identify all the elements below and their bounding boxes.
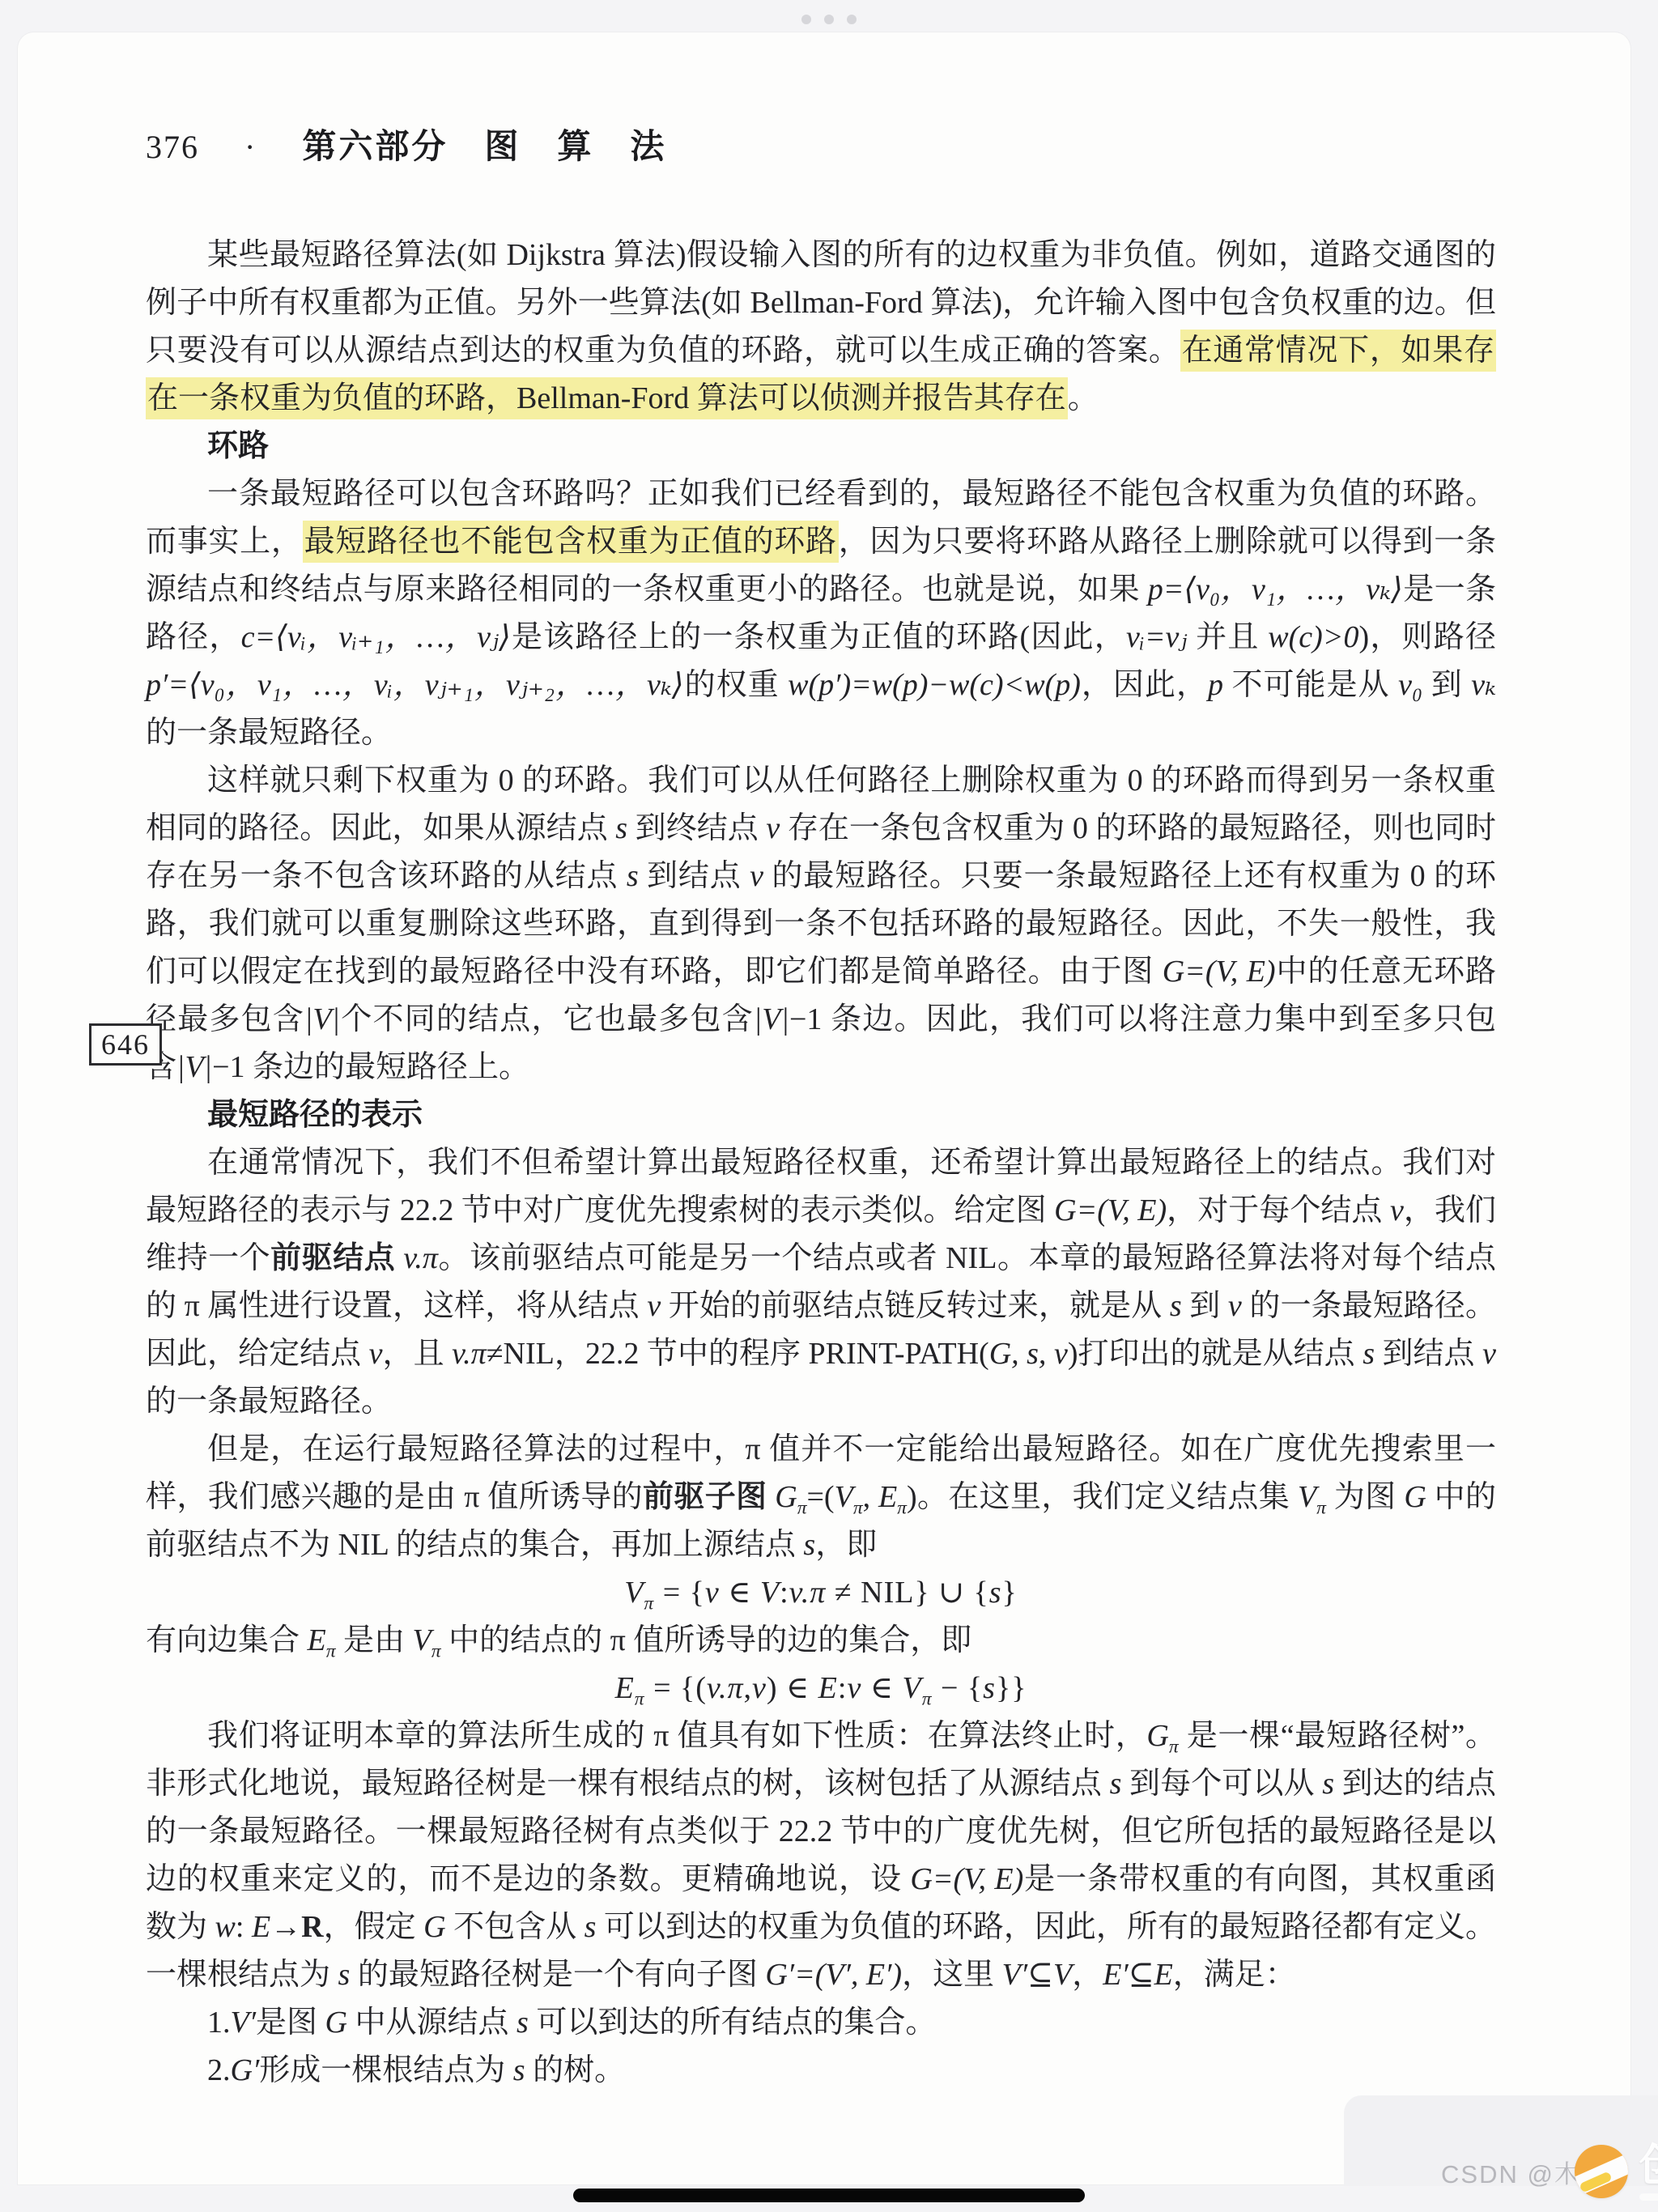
- page-header: 376 · 第六部分 图 算 法: [146, 120, 666, 168]
- text-segment: w(c)>0: [1268, 620, 1358, 654]
- text-segment: 个不同的结点，它也最多包含: [340, 1002, 754, 1036]
- text-segment: :: [838, 1671, 848, 1705]
- text-segment: E: [252, 1910, 270, 1944]
- text-segment: π: [897, 1498, 907, 1519]
- text-segment: v.π: [707, 1671, 744, 1705]
- text-segment: s: [803, 1528, 815, 1562]
- text-segment: 到每个可以从: [1121, 1767, 1322, 1801]
- text-segment: v: [1228, 1289, 1242, 1323]
- cxhl-logo-icon: [1575, 2145, 1628, 2198]
- text-segment: 为图: [1326, 1480, 1404, 1514]
- text-segment: [395, 1241, 403, 1275]
- text-segment: )。在这里，我们定义结点集: [907, 1480, 1298, 1514]
- text-segment: V′⊆V: [1002, 1958, 1073, 1992]
- text-segment: 可以到达的所有结点的集合。: [529, 2006, 937, 2040]
- text-segment: V: [624, 1576, 644, 1610]
- text-segment: s: [983, 1671, 996, 1705]
- text-segment: 到终结点: [627, 811, 766, 845]
- cxhl-brand: 创新互联: [1639, 2142, 1658, 2201]
- text-segment: ≠ NIL} ∪ {: [826, 1576, 988, 1610]
- text-segment: G: [325, 2006, 347, 2040]
- text-segment: 前驱子图: [643, 1480, 767, 1514]
- text-segment: 到: [1182, 1289, 1228, 1323]
- text-segment: π: [326, 1641, 336, 1662]
- equation: Eπ = {(v.π,v) ∈ E:v ∈ Vπ − {s}}: [146, 1665, 1496, 1712]
- text-segment: ∈: [861, 1671, 902, 1705]
- text-segment: 环路: [207, 429, 269, 463]
- text-segment: s: [1363, 1337, 1375, 1371]
- text-segment: π: [635, 1689, 645, 1710]
- paragraph: 我们将证明本章的算法所生成的 π 值具有如下性质：在算法终止时，Gπ 是一棵“最…: [146, 1712, 1496, 1999]
- text-segment: s: [1170, 1289, 1182, 1323]
- text-segment: ) ∈: [767, 1671, 818, 1705]
- text-segment: V: [902, 1671, 921, 1705]
- text-segment: v: [752, 1671, 767, 1705]
- section-heading: 最短路径的表示: [146, 1091, 1496, 1139]
- text-segment: ，对于每个结点: [1167, 1193, 1390, 1227]
- text-segment: w: [215, 1910, 236, 1944]
- text-segment: V′: [231, 2006, 257, 2040]
- text-segment: 1.: [207, 2006, 231, 2040]
- text-segment: π: [432, 1641, 441, 1662]
- text-segment: G: [1404, 1480, 1426, 1514]
- text-segment: ，因此，: [1081, 668, 1208, 702]
- text-segment: v: [369, 1337, 383, 1371]
- text-segment: 我们将证明本章的算法所生成的 π 值具有如下性质：在算法终止时，: [207, 1719, 1146, 1753]
- paragraph: 某些最短路径算法(如 Dijkstra 算法)假设输入图的所有的边权重为非负值。…: [146, 232, 1496, 423]
- text-segment: G=(V, E): [910, 1862, 1023, 1896]
- highlighted-text: 最短路径也不能包含权重为正值的环路: [303, 521, 839, 563]
- text-segment: 2.: [207, 2053, 231, 2087]
- section-heading: 环路: [146, 423, 1496, 470]
- text-segment: )，则路径: [1358, 620, 1496, 654]
- margin-page-number: 646: [89, 1023, 162, 1066]
- paragraph: 但是，在运行最短路径算法的过程中，π 值并不一定能给出最短路径。如在广度优先搜索…: [146, 1426, 1496, 1569]
- text-segment: ,: [863, 1480, 878, 1514]
- text-segment: E: [818, 1671, 838, 1705]
- text-segment: w(p′)=w(p)−w(c)<w(p): [788, 668, 1081, 702]
- text-segment: G′=(V′, E′): [765, 1958, 902, 1992]
- paragraph: 一条最短路径可以包含环路吗？正如我们已经看到的，最短路径不能包含权重为负值的环路…: [146, 470, 1496, 757]
- text-segment: v: [705, 1576, 720, 1610]
- text-segment: v: [847, 1671, 861, 1705]
- text-segment: v: [766, 811, 780, 845]
- text-segment: − {: [932, 1671, 983, 1705]
- text-segment: 中的结点的 π 值所诱导的边的集合，即: [441, 1623, 972, 1657]
- book-page: 376 · 第六部分 图 算 法 某些最短路径算法(如 Dijkstra 算法)…: [18, 32, 1630, 2184]
- text-segment: ，假定: [324, 1910, 424, 1944]
- text-segment: 到: [1422, 668, 1471, 702]
- text-segment: s: [517, 2006, 529, 2040]
- part-title: 第六部分 图 算 法: [302, 120, 666, 168]
- text-segment: ，: [1072, 1958, 1103, 1992]
- text-segment: s: [513, 2053, 525, 2087]
- text-segment: ,: [744, 1671, 753, 1705]
- text-segment: s: [585, 1910, 597, 1944]
- text-segment: ≠NIL，22.2 节中的程序 PRINT-PATH(: [487, 1337, 989, 1371]
- text-segment: s: [1110, 1767, 1122, 1801]
- text-segment: V: [413, 1623, 432, 1657]
- text-segment: ，即: [815, 1528, 877, 1562]
- text-segment: }}: [996, 1671, 1027, 1705]
- text-segment: [767, 1480, 775, 1514]
- page-body-text: 某些最短路径算法(如 Dijkstra 算法)假设输入图的所有的边权重为非负值。…: [146, 232, 1496, 2095]
- text-segment: ，这里: [902, 1958, 1002, 1992]
- text-segment: ∈: [720, 1576, 760, 1610]
- text-segment: V: [1298, 1480, 1316, 1514]
- text-segment: 是由: [336, 1623, 413, 1657]
- drag-handle-dots[interactable]: [801, 15, 857, 24]
- text-segment: E′⊆E: [1103, 1958, 1173, 1992]
- text-segment: }: [1002, 1576, 1018, 1610]
- text-segment: π: [1316, 1498, 1326, 1519]
- text-segment: vᵢ=vⱼ: [1126, 620, 1187, 654]
- text-segment: p=⟨v₀，v₁，…，vₖ⟩: [1148, 572, 1403, 606]
- text-segment: p: [1208, 668, 1223, 702]
- text-segment: π: [644, 1593, 654, 1614]
- text-segment: G=(V, E): [1163, 955, 1276, 989]
- text-segment: π: [797, 1498, 807, 1519]
- text-segment: s: [989, 1576, 1002, 1610]
- paragraph: 在通常情况下，我们不但希望计算出最短路径权重，还希望计算出最短路径上的结点。我们…: [146, 1139, 1496, 1426]
- text-segment: 不可能是从: [1223, 668, 1398, 702]
- text-segment: 的最短路径树是一个有向子图: [350, 1958, 765, 1992]
- text-segment: E: [308, 1623, 326, 1657]
- text-segment: 的权重: [684, 668, 789, 702]
- text-segment: π: [922, 1689, 933, 1710]
- text-segment: v.π: [403, 1241, 438, 1275]
- text-segment: 形成一棵根结点为: [259, 2053, 513, 2087]
- equation: Vπ = {v ∈ V:v.π ≠ NIL} ∪ {s}: [146, 1569, 1496, 1617]
- text-segment: G: [775, 1480, 797, 1514]
- text-segment: = {: [654, 1576, 705, 1610]
- text-segment: s: [338, 1958, 351, 1992]
- text-segment: 最短路径的表示: [207, 1098, 423, 1132]
- text-segment: v.π: [452, 1337, 487, 1371]
- screen: 376 · 第六部分 图 算 法 某些最短路径算法(如 Dijkstra 算法)…: [0, 0, 1658, 2212]
- text-segment: E: [878, 1480, 897, 1514]
- text-segment: 是图: [256, 2006, 325, 2040]
- text-segment: →: [270, 1910, 301, 1944]
- csdn-watermark-text: CSDN @木: [1441, 2154, 1581, 2190]
- text-segment: 并且: [1187, 620, 1268, 654]
- text-segment: 前驱结点: [270, 1241, 395, 1275]
- cxhl-brand-text: 创新互联: [1639, 2142, 1658, 2189]
- text-segment: 的一条最短路径。: [146, 1385, 392, 1419]
- text-segment: V: [760, 1576, 780, 1610]
- text-segment: 不包含从: [446, 1910, 585, 1944]
- text-segment: :: [236, 1910, 252, 1944]
- cxhl-brand-subtitle: [1639, 2193, 1658, 2201]
- text-segment: V: [835, 1480, 853, 1514]
- text-segment: G, s, v: [989, 1337, 1068, 1371]
- text-segment: 的一条最短路径。: [146, 716, 392, 750]
- text-segment: s: [1322, 1767, 1334, 1801]
- text-segment: 有向边集合: [146, 1623, 308, 1657]
- text-segment: =(: [807, 1480, 835, 1514]
- text-segment: v: [1482, 1337, 1496, 1371]
- text-segment: 是该路径上的一条权重为正值的环路(因此，: [511, 620, 1126, 654]
- text-segment: c=⟨vᵢ，vᵢ₊₁，…，vⱼ⟩: [241, 620, 511, 654]
- home-indicator[interactable]: [573, 2189, 1085, 2202]
- text-segment: s: [615, 811, 627, 845]
- text-segment: ，满足：: [1173, 1958, 1296, 1992]
- list-item: 2.G′形成一棵根结点为 s 的树。: [207, 2047, 1496, 2095]
- page-number: 376: [146, 128, 199, 166]
- text-segment: 。: [1068, 381, 1099, 415]
- text-segment: E: [615, 1671, 635, 1705]
- text-segment: p′=⟨v₀，v₁，…，vᵢ，vⱼ₊₁，vⱼ₊₂，…，vₖ⟩: [146, 668, 684, 702]
- watermark: CSDN @木 创新互联: [1441, 2142, 1658, 2201]
- text-segment: −1 条边的最短路径上。: [212, 1050, 529, 1084]
- text-segment: 的树。: [525, 2053, 626, 2087]
- text-segment: s: [627, 859, 639, 893]
- text-segment: G=(V, E): [1054, 1193, 1167, 1227]
- text-segment: G′: [231, 2053, 260, 2087]
- paragraph: 这样就只剩下权重为 0 的环路。我们可以从任何路径上删除权重为 0 的环路而得到…: [146, 757, 1496, 1091]
- text-segment: |V|: [754, 1002, 789, 1036]
- text-segment: v.π: [789, 1576, 827, 1610]
- text-segment: v: [1390, 1193, 1404, 1227]
- text-segment: 开始的前驱结点链反转过来，就是从: [661, 1289, 1170, 1323]
- text-segment: )打印出的就是从结点: [1068, 1337, 1363, 1371]
- header-separator-dot: ·: [244, 128, 255, 166]
- text-segment: π: [1169, 1737, 1179, 1758]
- paragraph: 有向边集合 Eπ 是由 Vπ 中的结点的 π 值所诱导的边的集合，即: [146, 1617, 1496, 1665]
- text-segment: G: [423, 1910, 445, 1944]
- text-segment: R: [301, 1910, 323, 1944]
- text-segment: v: [750, 859, 763, 893]
- text-segment: G: [1146, 1719, 1168, 1753]
- text-segment: 到结点: [1375, 1337, 1482, 1371]
- text-segment: :: [780, 1576, 789, 1610]
- text-segment: = {(: [645, 1671, 707, 1705]
- text-segment: ，且: [383, 1337, 453, 1371]
- list-item: 1.V′是图 G 中从源结点 s 可以到达的所有结点的集合。: [207, 1999, 1496, 2047]
- text-segment: 中从源结点: [347, 2006, 517, 2040]
- text-segment: |V|: [304, 1002, 340, 1036]
- text-segment: vₖ: [1471, 668, 1496, 702]
- text-segment: v₀: [1398, 668, 1422, 702]
- text-segment: π: [853, 1498, 863, 1519]
- text-segment: |V|: [176, 1050, 212, 1084]
- text-segment: v: [647, 1289, 661, 1323]
- text-segment: 到结点: [639, 859, 750, 893]
